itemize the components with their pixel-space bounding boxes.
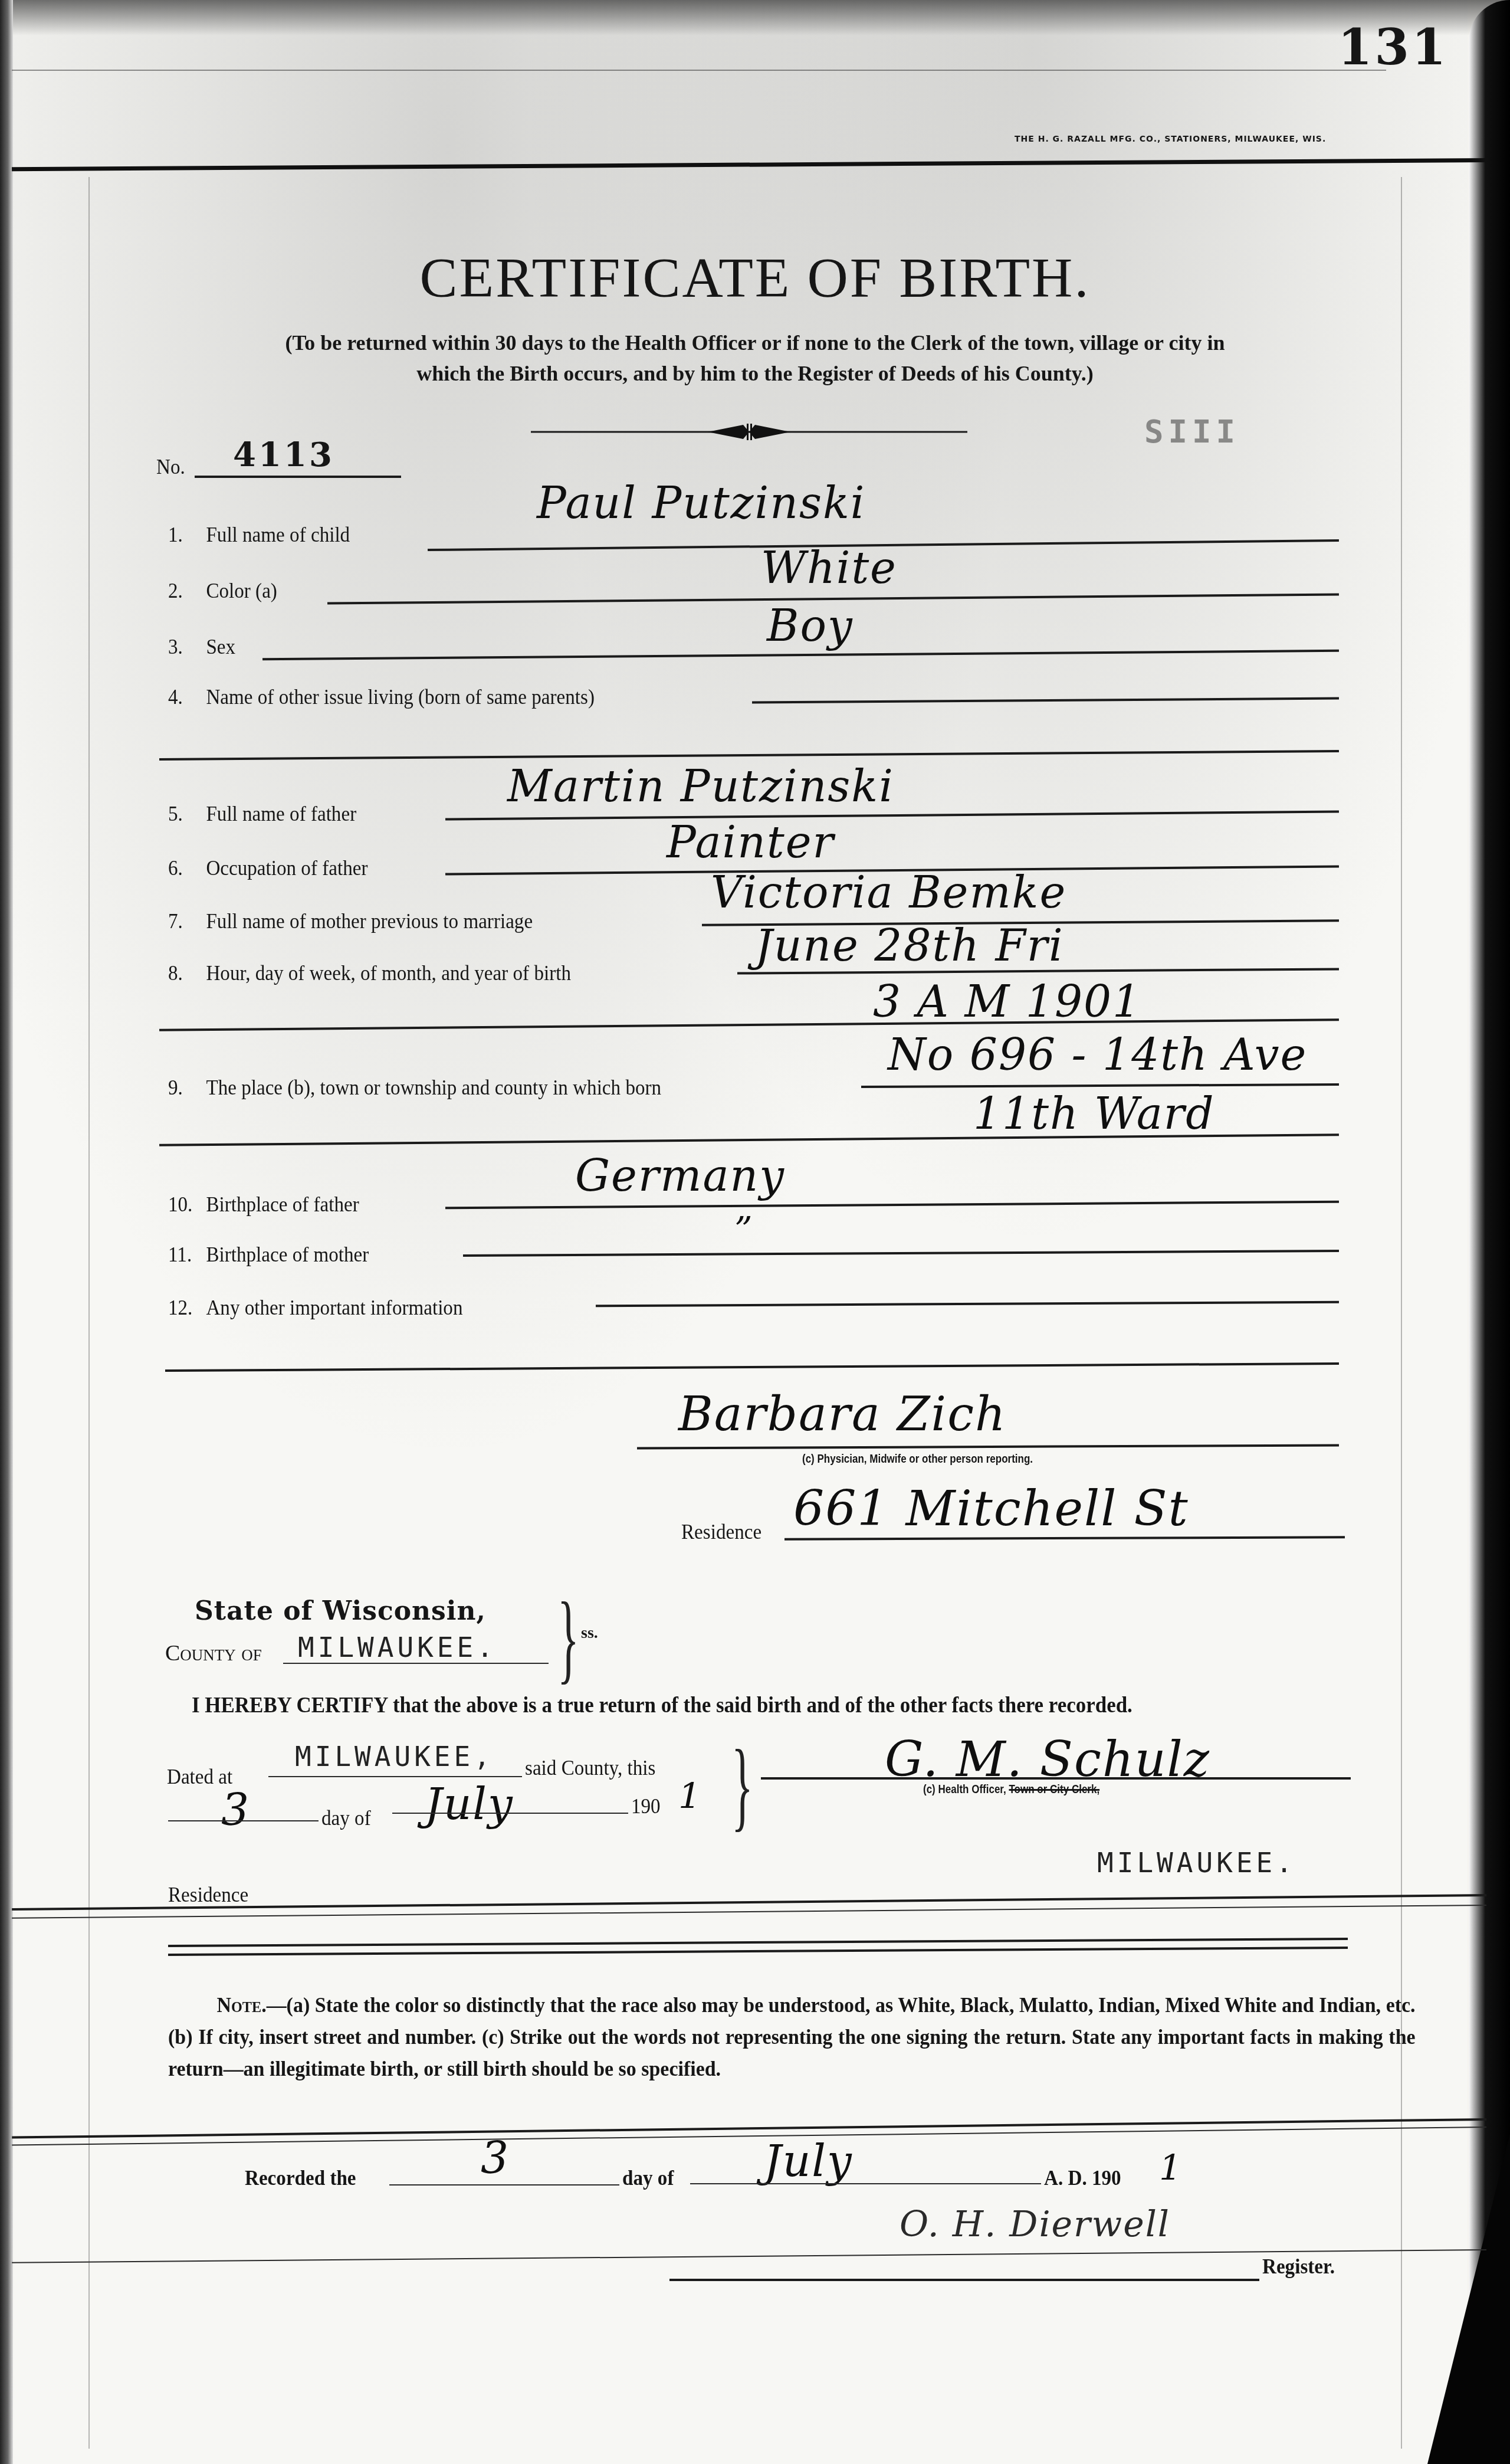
birthplace-address-value: No 696 - 14th Ave [888, 1030, 1307, 1080]
recorded-month-value: July [764, 2136, 853, 2187]
field-12-label: 12.Any other important information [168, 1295, 462, 1320]
recorded-day-of-label: day of [622, 2165, 674, 2190]
state-label: State of Wisconsin, [195, 1596, 486, 1626]
birth-time-year-value: 3 A M 1901 [873, 977, 1141, 1027]
field-6-label: 6.Occupation of father [168, 856, 367, 880]
sex-value: Boy [767, 601, 854, 651]
reporter-caption: (c) Physician, Midwife or other person r… [802, 1453, 1033, 1466]
health-officer-signature-line [761, 1777, 1351, 1780]
faint-stamp: SIII [1144, 413, 1240, 450]
dated-at-line [268, 1776, 522, 1777]
brace-icon: } [557, 1587, 579, 1688]
scan-shadow-top [0, 0, 1510, 35]
color-value: White [761, 543, 897, 594]
birthplace-ward-value: 11th Ward [973, 1089, 1215, 1139]
certified-day-line [168, 1820, 319, 1821]
field-11-label: 11.Birthplace of mother [168, 1242, 369, 1267]
day-of-label: day of [321, 1806, 371, 1830]
child-name-value: Paul Putzinski [537, 478, 865, 529]
footnote: Note.—(a) State the color so distinctly … [168, 1990, 1416, 2085]
field-2-label: 2.Color (a) [168, 578, 277, 603]
printer-imprint: THE H. G. RAZALL MFG. CO., STATIONERS, M… [1015, 135, 1326, 144]
field-3-label: 3.Sex [168, 634, 235, 659]
health-officer-residence: MILWAUKEE. [1097, 1847, 1296, 1879]
certified-year-suffix: 1 [678, 1776, 702, 1817]
recorded-day-line [389, 2184, 619, 2186]
margin-guide-left [88, 177, 90, 2449]
reporter-residence-label: Residence [681, 1519, 761, 1544]
health-officer-caption: (c) Health Officer, Town or City Clerk, [923, 1783, 1099, 1797]
father-occupation-value: Painter [667, 817, 835, 868]
certificate-number-underline [195, 476, 401, 478]
certified-month-value: July [425, 1779, 514, 1830]
field-9-label: 9.The place (b), town or township and co… [168, 1075, 661, 1100]
subtitle-line-2: which the Birth occurs, and by him to th… [0, 361, 1510, 386]
field-10-label: 10.Birthplace of father [168, 1192, 359, 1217]
county-line [283, 1663, 549, 1664]
certifier-residence-label: Residence [168, 1882, 248, 1907]
subtitle-line-1: (To be returned within 30 days to the He… [0, 330, 1510, 355]
certified-day-value: 3 [221, 1785, 250, 1836]
reporter-residence-value: 661 Mitchell St [793, 1481, 1189, 1537]
year-prefix-label: 190 [631, 1794, 661, 1818]
margin-guide-right [1401, 177, 1402, 2449]
register-signature-line [669, 2279, 1259, 2281]
said-county-label: said County, this [525, 1755, 655, 1780]
dated-at-value: MILWAUKEE, [295, 1741, 494, 1772]
mother-birthplace-value: ” [734, 1210, 754, 1251]
register-label: Register. [1262, 2254, 1335, 2279]
recorded-month-line [690, 2183, 1041, 2184]
ornament-divider-icon [531, 420, 967, 444]
county-label: County of [165, 1640, 262, 1666]
ss-label: ss. [581, 1624, 598, 1643]
recorded-label: Recorded the [245, 2165, 356, 2190]
father-name-value: Martin Putzinski [507, 761, 894, 812]
field-7-label: 7.Full name of mother previous to marria… [168, 909, 533, 933]
county-value: MILWAUKEE. [298, 1631, 497, 1663]
field-5-label: 5.Full name of father [168, 801, 356, 826]
scan-corner-shadow [1427, 2134, 1510, 2464]
page-number: 131 [1338, 18, 1448, 76]
mother-maiden-name-value: Victoria Bemke [711, 867, 1066, 918]
father-birthplace-value: Germany [575, 1151, 785, 1201]
brace-icon-2: } [731, 1735, 753, 1835]
certificate-number: 4113 [233, 435, 334, 474]
certification-statement: I HEREBY CERTIFY that the above is a tru… [192, 1692, 1132, 1718]
page-title: CERTIFICATE OF BIRTH. [0, 245, 1510, 310]
reporter-signature: Barbara Zich [678, 1387, 1007, 1441]
recorded-year-suffix: 1 [1159, 2148, 1183, 2189]
ad-label: A. D. 190 [1044, 2165, 1121, 2190]
top-rule [12, 70, 1386, 71]
certificate-number-label: No. [156, 454, 185, 479]
field-4-label: 4.Name of other issue living (born of sa… [168, 684, 595, 709]
birth-date-value: June 28th Fri [755, 920, 1064, 971]
recorded-day-value: 3 [481, 2133, 510, 2184]
field-1-label: 1.Full name of child [168, 522, 350, 547]
field-8-label: 8.Hour, day of week, of month, and year … [168, 961, 571, 985]
register-signature: O. H. Dierwell [900, 2204, 1170, 2245]
certified-month-line [392, 1813, 628, 1814]
